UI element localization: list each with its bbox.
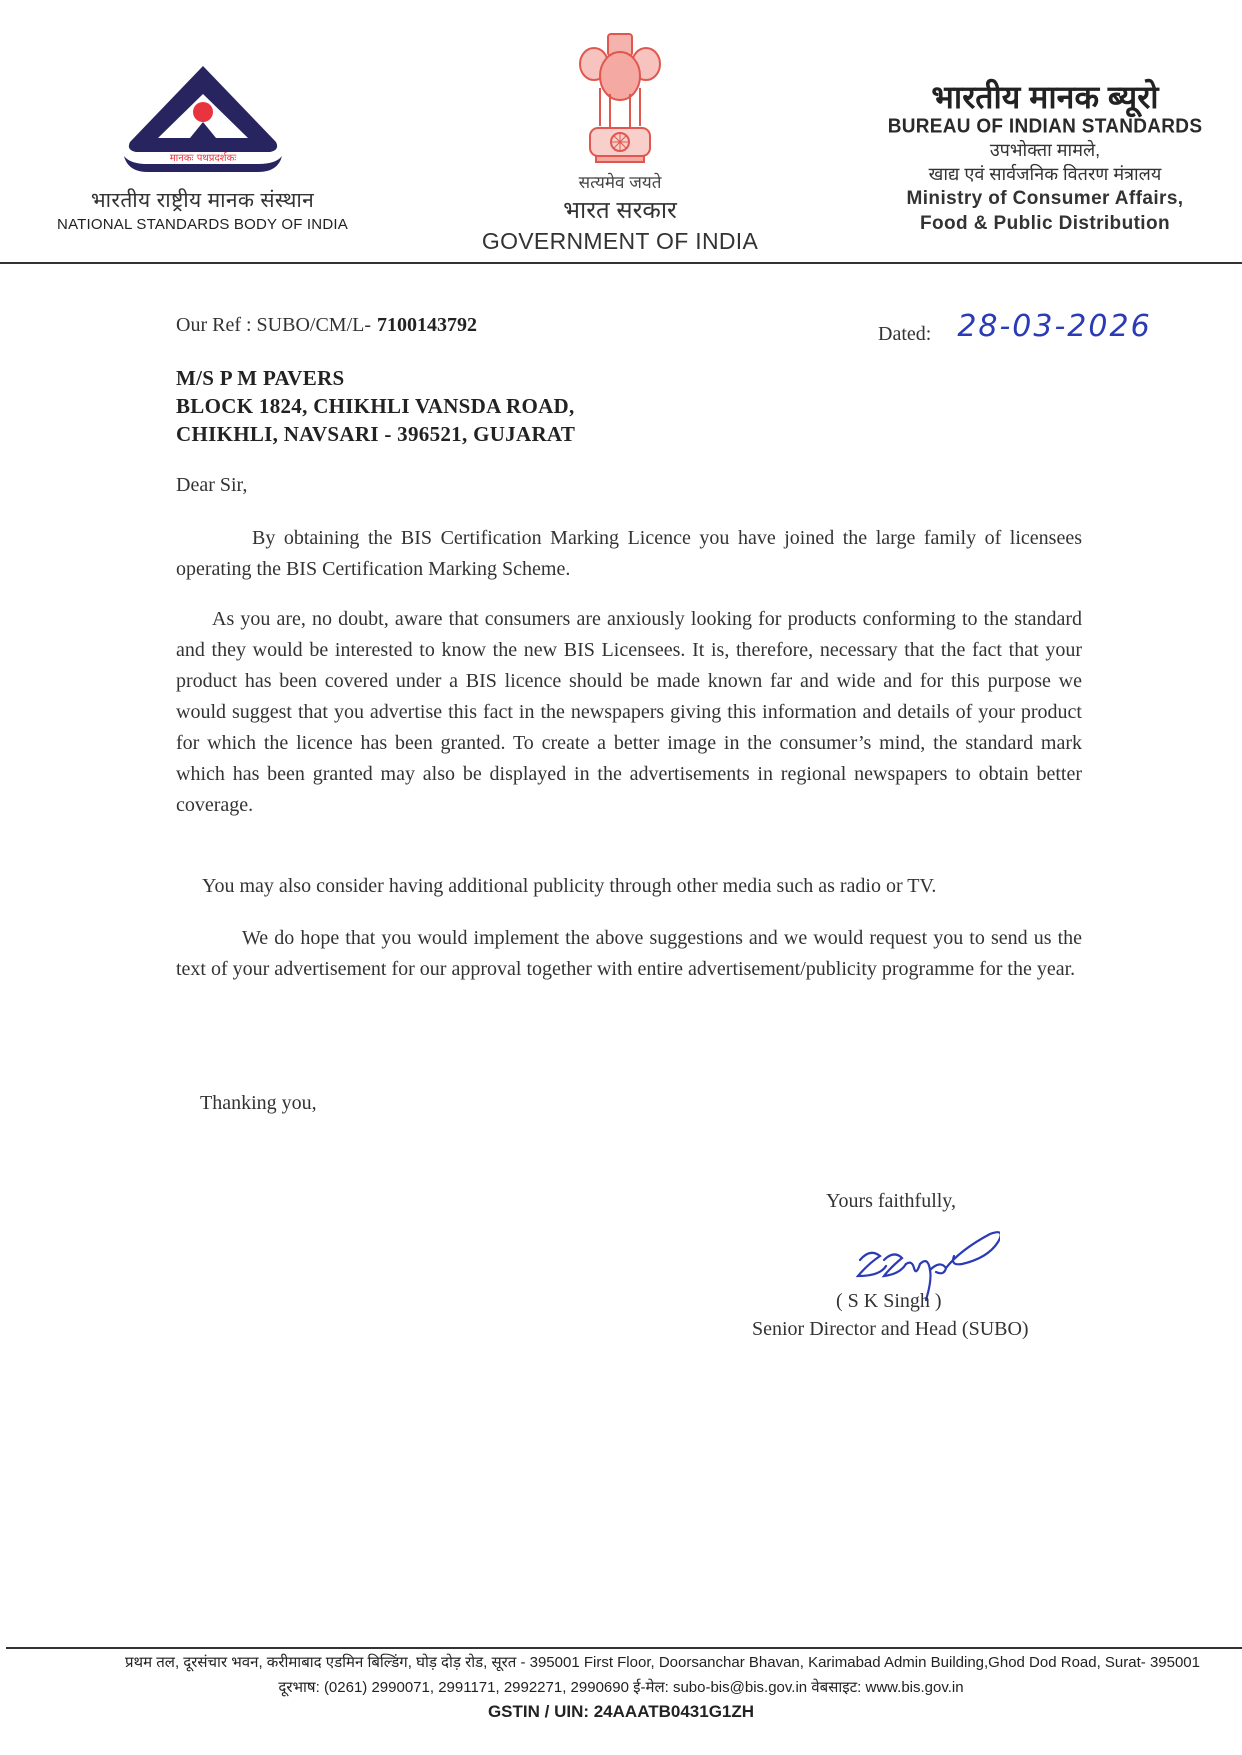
ministry-english-line-1: Ministry of Consumer Affairs, — [870, 186, 1220, 211]
footer-contact: दूरभाष: (0261) 2990071, 2991171, 2992271… — [0, 1677, 1242, 1697]
thanks-line: Thanking you, — [200, 1092, 317, 1115]
footer-gstin: GSTIN / UIN: 24AAATB0431G1ZH — [0, 1702, 1242, 1722]
ministry-hindi-line-2: खाद्य एवं सार्वजनिक वितरण मंत्रालय — [870, 162, 1220, 186]
bis-name-hindi: भारतीय मानक ब्यूरो — [870, 78, 1220, 116]
svg-text:मानकः पथप्रदर्शकः: मानकः पथप्रदर्शकः — [169, 152, 237, 164]
signatory-name: ( S K Singh ) — [836, 1290, 942, 1313]
bis-name-block: भारतीय मानक ब्यूरो BUREAU OF INDIAN STAN… — [870, 78, 1220, 236]
body-paragraph: You may also consider having additional … — [176, 871, 1082, 902]
bis-logo-icon: मानकः पथप्रदर्शकः — [108, 60, 298, 180]
nsbi-name-hindi: भारतीय राष्ट्रीय मानक संस्थान — [30, 186, 375, 214]
nsbi-name-english: NATIONAL STANDARDS BODY OF INDIA — [30, 216, 375, 233]
government-name-hindi: भारत सरकार — [450, 193, 790, 226]
header-divider — [0, 262, 1242, 264]
body-paragraph: As you are, no doubt, aware that consume… — [176, 604, 1082, 821]
addressee-line: BLOCK 1824, CHIKHLI VANSDA ROAD, — [176, 392, 575, 420]
dated-label: Dated: — [878, 323, 931, 345]
body-paragraph: We do hope that you would implement the … — [176, 923, 1082, 985]
body-paragraph: By obtaining the BIS Certification Marki… — [176, 523, 1082, 585]
addressee-line: M/S P M PAVERS — [176, 364, 575, 392]
salutation: Dear Sir, — [176, 474, 247, 497]
government-emblem-block: सत्यमेव जयते भारत सरकार GOVERNMENT OF IN… — [450, 28, 790, 255]
handwritten-date: 28-03-2026 — [957, 309, 1151, 344]
closing-line: Yours faithfully, — [826, 1190, 956, 1213]
addressee-block: M/S P M PAVERS BLOCK 1824, CHIKHLI VANSD… — [176, 364, 575, 448]
signatory-title: Senior Director and Head (SUBO) — [752, 1318, 1029, 1341]
date-line: Dated:28-03-2026 — [878, 313, 1152, 348]
ministry-hindi-line-1: उपभोक्ता मामले, — [870, 138, 1220, 162]
footer-address: प्रथम तल, दूरसंचार भवन, करीमाबाद एडमिन ब… — [40, 1652, 1200, 1672]
ministry-english-line-2: Food & Public Distribution — [870, 211, 1220, 236]
bis-logo-block: मानकः पथप्रदर्शकः भारतीय राष्ट्रीय मानक … — [30, 60, 375, 233]
government-name-english: GOVERNMENT OF INDIA — [450, 228, 790, 255]
reference-label: Our Ref : SUBO/CM/L- — [176, 314, 371, 336]
bis-name-english: BUREAU OF INDIAN STANDARDS — [870, 115, 1220, 139]
addressee-line: CHIKHLI, NAVSARI - 396521, GUJARAT — [176, 420, 575, 448]
reference-line: Our Ref : SUBO/CM/L-7100143792 — [176, 314, 477, 337]
reference-number: 7100143792 — [377, 314, 477, 336]
national-emblem-icon — [570, 28, 670, 168]
emblem-motto: सत्यमेव जयते — [450, 170, 790, 193]
footer-divider — [6, 1647, 1242, 1649]
